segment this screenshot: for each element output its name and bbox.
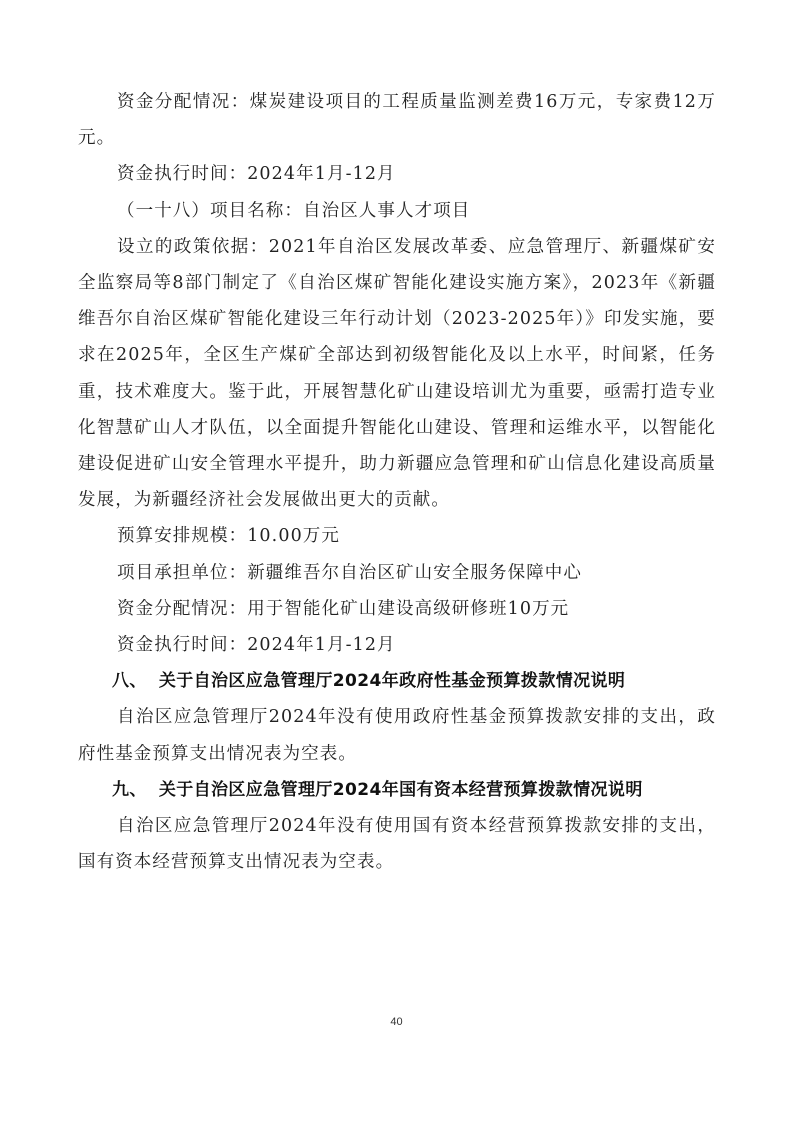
paragraph-fund-allocation-training: 资金分配情况：用于智能化矿山建设高级研修班10万元 <box>78 591 716 627</box>
section-number: 九、 <box>112 780 147 800</box>
paragraph-budget-scale: 预算安排规模：10.00万元 <box>78 518 716 554</box>
paragraph-execution-time-2: 资金执行时间：2024年1月-12月 <box>78 627 716 663</box>
paragraph-policy-basis: 设立的政策依据：2021年自治区发展改革委、应急管理厅、新疆煤矿安全监察局等8部… <box>78 229 716 519</box>
section-title: 关于自治区应急管理厅2024年政府性基金预算拨款情况说明 <box>159 671 626 691</box>
paragraph-gov-fund-explanation: 自治区应急管理厅2024年没有使用政府性基金预算拨款安排的支出，政府性基金预算支… <box>78 699 716 771</box>
paragraph-responsible-unit: 项目承担单位：新疆维吾尔自治区矿山安全服务保障中心 <box>78 555 716 591</box>
section-heading-8: 八、关于自治区应急管理厅2024年政府性基金预算拨款情况说明 <box>78 663 716 699</box>
document-body: 资金分配情况：煤炭建设项目的工程质量监测差费16万元，专家费12万元。 资金执行… <box>78 84 716 880</box>
section-title: 关于自治区应急管理厅2024年国有资本经营预算拨款情况说明 <box>159 780 643 800</box>
paragraph-execution-time-1: 资金执行时间：2024年1月-12月 <box>78 156 716 192</box>
page-number: 40 <box>0 1016 793 1028</box>
section-number: 八、 <box>112 671 147 691</box>
paragraph-fund-allocation-coal: 资金分配情况：煤炭建设项目的工程质量监测差费16万元，专家费12万元。 <box>78 84 716 156</box>
section-heading-9: 九、关于自治区应急管理厅2024年国有资本经营预算拨款情况说明 <box>78 772 716 808</box>
paragraph-state-capital-explanation: 自治区应急管理厅2024年没有使用国有资本经营预算拨款安排的支出，国有资本经营预… <box>78 808 716 880</box>
paragraph-project-name-18: （一十八）项目名称：自治区人事人才项目 <box>78 193 716 229</box>
